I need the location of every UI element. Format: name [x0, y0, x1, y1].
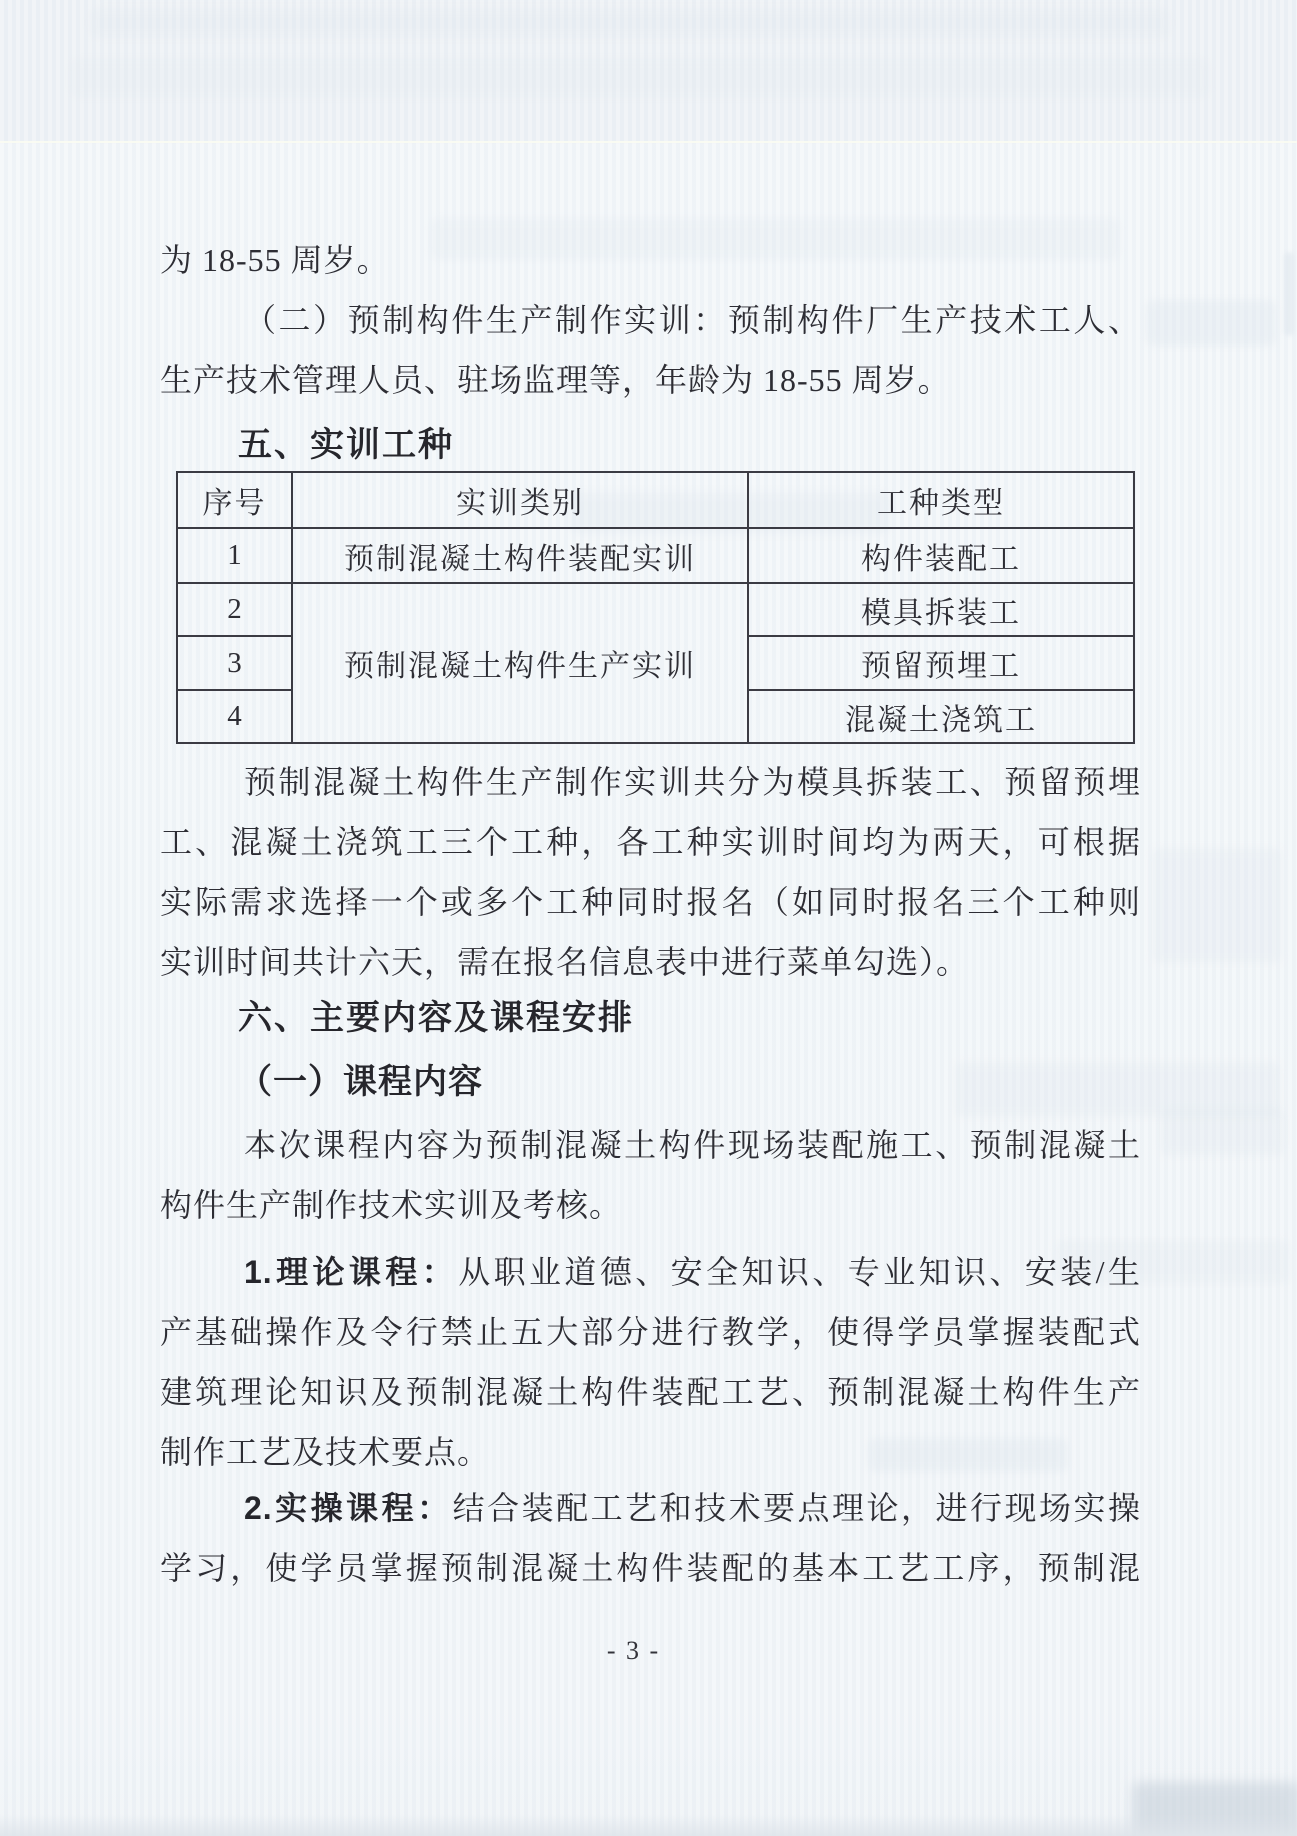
practice-course-line-2: 学习，使学员掌握预制混凝土构件装配的基本工艺工序，预制混	[160, 1538, 1140, 1598]
table-cell-trade-1: 构件装配工	[748, 528, 1134, 583]
table-row-1: 1 预制混凝土构件装配实训 构件装配工	[177, 528, 1134, 583]
table-cell-category-1: 预制混凝土构件装配实训	[292, 528, 748, 583]
scan-edge-mark	[1284, 252, 1294, 336]
table-cell-trade-2: 模具拆装工	[748, 583, 1134, 636]
intro-line-2: （二）预制构件生产制作实训：预制构件厂生产技术工人、	[160, 290, 1140, 350]
course-content-line-2: 构件生产制作技术实训及考核。	[160, 1175, 1140, 1235]
scanned-document-page: 为 18-55 周岁。 （二）预制构件生产制作实训：预制构件厂生产技术工人、 生…	[0, 0, 1297, 1836]
table-cell-trade-3: 预留预埋工	[748, 636, 1134, 690]
section5-para-line-1: 预制混凝土构件生产制作实训共分为模具拆装工、预留预埋	[160, 752, 1140, 812]
table-header-row: 序号 实训类别 工种类型	[177, 472, 1134, 528]
table-header-category: 实训类别	[292, 472, 748, 528]
theory-course-line-1-text: 从职业道德、安全知识、专业知识、安装/生	[458, 1254, 1140, 1290]
section5-heading: 五、实训工种	[160, 415, 1140, 475]
section5-para-line-4: 实训时间共计六天，需在报名信息表中进行菜单勾选）。	[160, 932, 1140, 992]
practice-course-line-1-text: 结合装配工艺和技术要点理论，进行现场实操	[453, 1490, 1140, 1526]
section5-para-line-3: 实际需求选择一个或多个工种同时报名（如同时报名三个工种则	[160, 872, 1140, 932]
bleedthrough-artifact	[1146, 300, 1276, 346]
bleedthrough-artifact	[1160, 1108, 1285, 1156]
theory-course-line-1: 1.理论课程：从职业道德、安全知识、专业知识、安装/生	[160, 1242, 1140, 1302]
table-header-no: 序号	[177, 472, 292, 528]
course-content-line-1: 本次课程内容为预制混凝土构件现场装配施工、预制混凝土	[160, 1115, 1140, 1175]
scan-sheet-edge-line	[0, 141, 1297, 143]
table-cell-trade-4: 混凝土浇筑工	[748, 690, 1134, 743]
page-number: - 3 -	[0, 1626, 1297, 1676]
bleedthrough-artifact	[90, 8, 1170, 38]
section6-sub1-heading: （一）课程内容	[160, 1052, 1140, 1112]
trades-table: 序号 实训类别 工种类型 1 预制混凝土构件装配实训 构件装配工 2 预制混凝土…	[176, 471, 1135, 744]
section5-para-line-2: 工、混凝土浇筑工三个工种，各工种实训时间均为两天，可根据	[160, 812, 1140, 872]
table-cell-no-1: 1	[177, 528, 292, 583]
table-cell-no-2: 2	[177, 583, 292, 636]
practice-course-label: 2.实操课程：	[244, 1490, 453, 1526]
table-row-2: 2 预制混凝土构件生产实训 模具拆装工	[177, 583, 1134, 636]
theory-course-line-2: 产基础操作及令行禁止五大部分进行教学，使得学员掌握装配式	[160, 1302, 1140, 1362]
table-header-trade: 工种类型	[748, 472, 1134, 528]
intro-line-1: 为 18-55 周岁。	[160, 230, 1140, 290]
table-cell-no-4: 4	[177, 690, 292, 743]
bleedthrough-artifact	[1152, 848, 1282, 963]
section6-heading: 六、主要内容及课程安排	[160, 988, 1140, 1048]
table-cell-no-3: 3	[177, 636, 292, 690]
practice-course-line-1: 2.实操课程：结合装配工艺和技术要点理论，进行现场实操	[160, 1478, 1140, 1538]
scan-bottom-edge	[0, 1814, 1297, 1836]
intro-line-3: 生产技术管理人员、驻场监理等，年龄为 18-55 周岁。	[160, 350, 1140, 410]
theory-course-label: 1.理论课程：	[244, 1254, 458, 1290]
table-cell-category-merged: 预制混凝土构件生产实训	[292, 583, 748, 743]
theory-course-line-3: 建筑理论知识及预制混凝土构件装配工艺、预制混凝土构件生产	[160, 1362, 1140, 1422]
theory-course-line-4: 制作工艺及技术要点。	[160, 1422, 1140, 1482]
bleedthrough-artifact	[70, 58, 1210, 98]
